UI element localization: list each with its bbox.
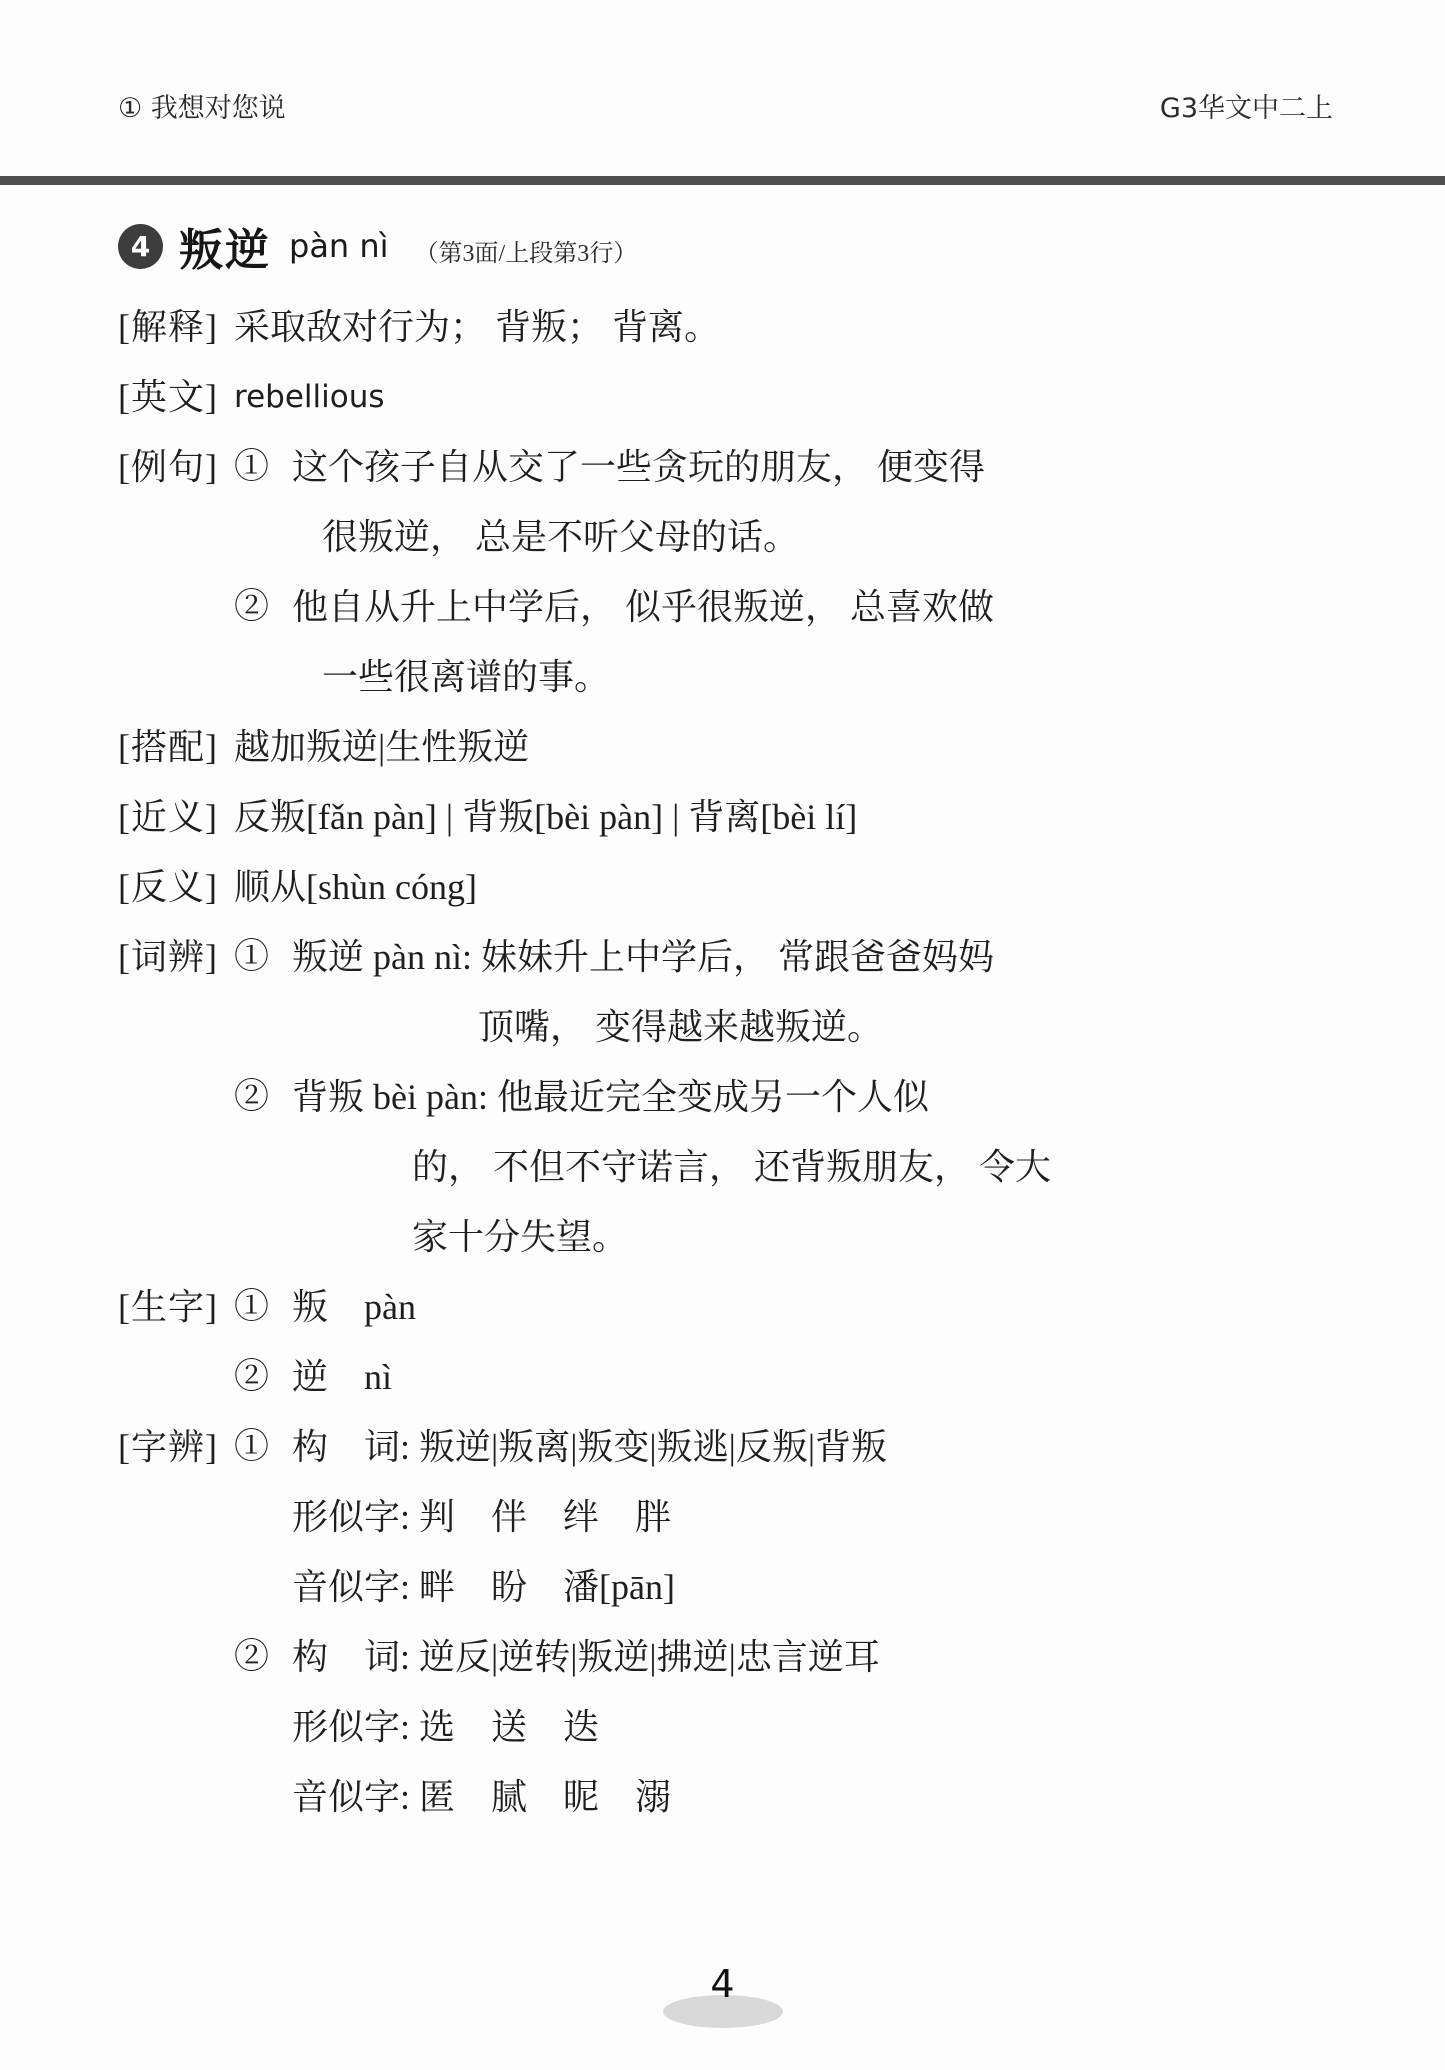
section-antonyms: [反义] 顺从[shùn cóng] (118, 852, 1405, 922)
entry-title-row: 4 叛逆 pàn nì （第3面/上段第3行） (118, 200, 1405, 292)
new-character-items: ① 叛 pàn ② 逆 nì (234, 1272, 1405, 1412)
item-lines: 背叛 bèi pàn: 他最近完全变成另一个人似 的， 不但不守诺言， 还背叛朋… (292, 1062, 1405, 1272)
section-label: [反义] (118, 852, 234, 922)
item-lines: 构 词: 叛逆|叛离|叛变|叛逃|反叛|背叛 形似字: 判 伴 绊 胖 音似字:… (292, 1412, 1405, 1622)
item-marker: ① (234, 432, 292, 572)
entry-word: 叛逆 (179, 214, 271, 278)
english-translation: rebellious (234, 362, 1405, 432)
item-lines: 这个孩子自从交了一些贪玩的朋友， 便变得 很叛逆， 总是不听父母的话。 (292, 432, 1405, 572)
text-line: 逆 nì (292, 1342, 1405, 1412)
item-lines: 逆 nì (292, 1342, 1405, 1412)
word-discrimination-item-2: ② 背叛 bèi pàn: 他最近完全变成另一个人似 的， 不但不守诺言， 还背… (234, 1062, 1405, 1272)
example-items: ① 这个孩子自从交了一些贪玩的朋友， 便变得 很叛逆， 总是不听父母的话。 ② … (234, 432, 1405, 712)
text-line: 这个孩子自从交了一些贪玩的朋友， 便变得 (292, 432, 1405, 502)
section-definition: [解释] 采取敌对行为； 背叛； 背离。 (118, 292, 1405, 362)
page-header: ① 我想对您说 G3华文中二上 (118, 86, 1333, 125)
section-label: [近义] (118, 782, 234, 852)
section-character-discrimination: [字辨] ① 构 词: 叛逆|叛离|叛变|叛逃|反叛|背叛 形似字: 判 伴 绊… (118, 1412, 1405, 1832)
section-label: [搭配] (118, 712, 234, 782)
text-line: 的， 不但不守诺言， 还背叛朋友， 令大 (292, 1132, 1405, 1202)
section-label: [字辨] (118, 1412, 234, 1832)
entry-content: 4 叛逆 pàn nì （第3面/上段第3行） [解释] 采取敌对行为； 背叛；… (118, 200, 1405, 1832)
item-marker: ① (234, 1412, 292, 1622)
item-marker: ② (234, 1062, 292, 1272)
page-footer: 4 (0, 1962, 1445, 2042)
section-label: [例句] (118, 432, 234, 712)
entry-pinyin: pàn nì (289, 227, 389, 265)
section-label: [词辨] (118, 922, 234, 1272)
entry-number-badge: 4 (118, 224, 163, 269)
new-character-item-2: ② 逆 nì (234, 1342, 1405, 1412)
item-marker: ② (234, 1342, 292, 1412)
example-item-2: ② 他自从升上中学后， 似乎很叛逆， 总喜欢做 一些很离谱的事。 (234, 572, 1405, 712)
section-collocations: [搭配] 越加叛逆|生性叛逆 (118, 712, 1405, 782)
character-discrimination-item-1: ① 构 词: 叛逆|叛离|叛变|叛逃|反叛|背叛 形似字: 判 伴 绊 胖 音似… (234, 1412, 1405, 1622)
text-line: 顶嘴， 变得越来越叛逆。 (292, 992, 1405, 1062)
section-english: [英文] rebellious (118, 362, 1405, 432)
text-line: 音似字: 畔 盼 潘[pān] (292, 1552, 1405, 1622)
header-book-title: G3华文中二上 (1160, 86, 1333, 125)
synonyms-text: 反叛[fǎn pàn] | 背叛[bèi pàn] | 背离[bèi lí] (234, 782, 1405, 852)
document-page: ① 我想对您说 G3华文中二上 4 叛逆 pàn nì （第3面/上段第3行） … (0, 0, 1445, 2070)
section-synonyms: [近义] 反叛[fǎn pàn] | 背叛[bèi pàn] | 背离[bèi … (118, 782, 1405, 852)
page-number: 4 (710, 1962, 734, 2006)
text-line: 构 词: 逆反|逆转|叛逆|拂逆|忠言逆耳 (292, 1622, 1405, 1692)
character-discrimination-items: ① 构 词: 叛逆|叛离|叛变|叛逃|反叛|背叛 形似字: 判 伴 绊 胖 音似… (234, 1412, 1405, 1832)
text-line: 一些很离谱的事。 (292, 642, 1405, 712)
header-divider (0, 176, 1445, 185)
antonyms-text: 顺从[shùn cóng] (234, 852, 1405, 922)
text-line: 叛逆 pàn nì: 妹妹升上中学后， 常跟爸爸妈妈 (292, 922, 1405, 992)
text-line: 很叛逆， 总是不听父母的话。 (292, 502, 1405, 572)
word-discrimination-item-1: ① 叛逆 pàn nì: 妹妹升上中学后， 常跟爸爸妈妈 顶嘴， 变得越来越叛逆… (234, 922, 1405, 1062)
section-word-discrimination: [词辨] ① 叛逆 pàn nì: 妹妹升上中学后， 常跟爸爸妈妈 顶嘴， 变得… (118, 922, 1405, 1272)
header-unit-title: ① 我想对您说 (118, 86, 286, 125)
collocations-text: 越加叛逆|生性叛逆 (234, 712, 1405, 782)
new-character-item-1: ① 叛 pàn (234, 1272, 1405, 1342)
item-lines: 叛 pàn (292, 1272, 1405, 1342)
text-line: 背叛 bèi pàn: 他最近完全变成另一个人似 (292, 1062, 1405, 1132)
text-line: 叛 pàn (292, 1272, 1405, 1342)
definition-text: 采取敌对行为； 背叛； 背离。 (234, 292, 1405, 362)
entry-source-reference: （第3面/上段第3行） (415, 225, 638, 268)
item-marker: ① (234, 922, 292, 1062)
section-label: [解释] (118, 292, 234, 362)
item-lines: 他自从升上中学后， 似乎很叛逆， 总喜欢做 一些很离谱的事。 (292, 572, 1405, 712)
word-discrimination-items: ① 叛逆 pàn nì: 妹妹升上中学后， 常跟爸爸妈妈 顶嘴， 变得越来越叛逆… (234, 922, 1405, 1272)
character-discrimination-item-2: ② 构 词: 逆反|逆转|叛逆|拂逆|忠言逆耳 形似字: 选 送 迭 音似字: … (234, 1622, 1405, 1832)
item-marker: ① (234, 1272, 292, 1342)
example-item-1: ① 这个孩子自从交了一些贪玩的朋友， 便变得 很叛逆， 总是不听父母的话。 (234, 432, 1405, 572)
text-line: 音似字: 匿 腻 昵 溺 (292, 1762, 1405, 1832)
section-examples: [例句] ① 这个孩子自从交了一些贪玩的朋友， 便变得 很叛逆， 总是不听父母的… (118, 432, 1405, 712)
section-label: [生字] (118, 1272, 234, 1412)
text-line: 构 词: 叛逆|叛离|叛变|叛逃|反叛|背叛 (292, 1412, 1405, 1482)
item-lines: 叛逆 pàn nì: 妹妹升上中学后， 常跟爸爸妈妈 顶嘴， 变得越来越叛逆。 (292, 922, 1405, 1062)
item-marker: ② (234, 1622, 292, 1832)
text-line: 家十分失望。 (292, 1202, 1405, 1272)
text-line: 形似字: 判 伴 绊 胖 (292, 1482, 1405, 1552)
text-line: 形似字: 选 送 迭 (292, 1692, 1405, 1762)
text-line: 他自从升上中学后， 似乎很叛逆， 总喜欢做 (292, 572, 1405, 642)
item-lines: 构 词: 逆反|逆转|叛逆|拂逆|忠言逆耳 形似字: 选 送 迭 音似字: 匿 … (292, 1622, 1405, 1832)
section-label: [英文] (118, 362, 234, 432)
section-new-characters: [生字] ① 叛 pàn ② 逆 nì (118, 1272, 1405, 1412)
item-marker: ② (234, 572, 292, 712)
